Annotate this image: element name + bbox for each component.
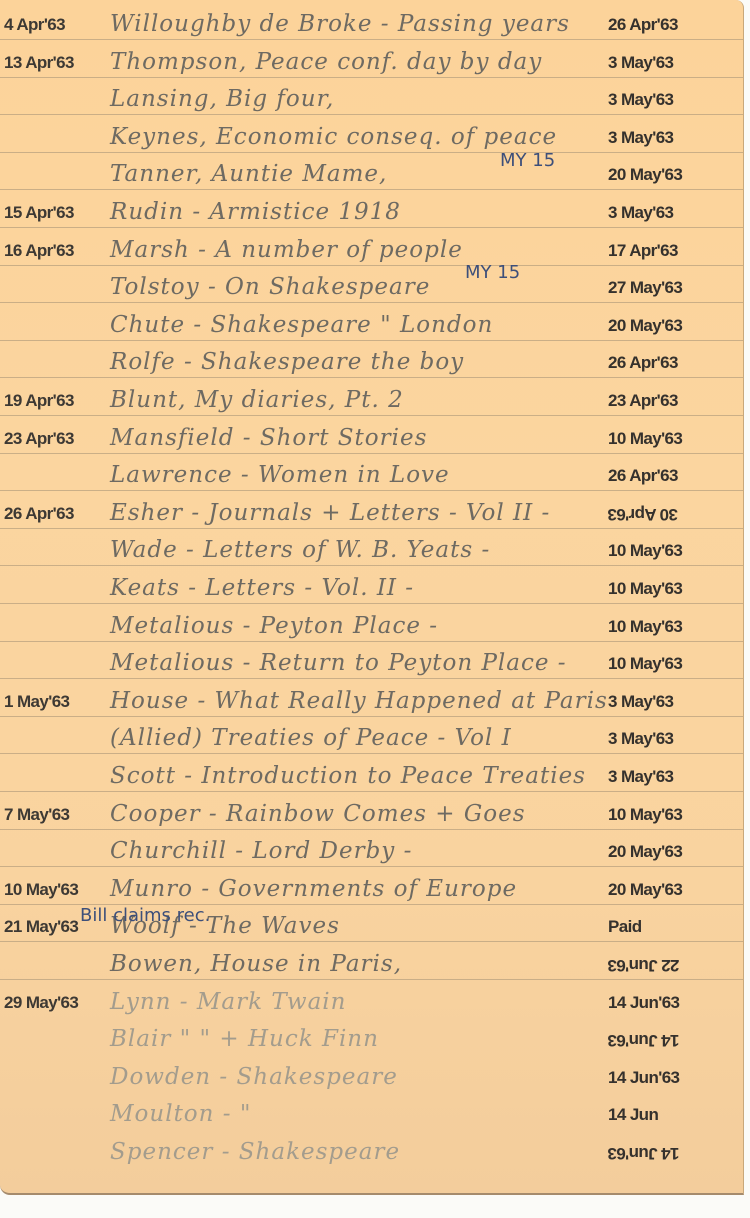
handwritten-entry: Keynes, Economic conseq. of peace — [110, 124, 557, 150]
handwritten-entry: Scott - Introduction to Peace Treaties — [110, 763, 586, 789]
date-stamp-out: 14 Jun'63 — [608, 1143, 679, 1163]
date-stamp-out: 30 Apr'63 — [608, 504, 678, 524]
date-stamp-out: 17 Apr'63 — [608, 241, 678, 261]
date-stamp-in: 4 Apr'63 — [4, 15, 65, 35]
date-stamp-out: 14 Jun'63 — [608, 1068, 679, 1088]
date-stamp-out: 20 May'63 — [608, 165, 682, 185]
date-stamp-out: 27 May'63 — [608, 278, 682, 298]
handwritten-entry: Lynn - Mark Twain — [110, 989, 346, 1015]
date-stamp-in: 16 Apr'63 — [4, 241, 74, 261]
date-stamp-out: 22 Jun'63 — [608, 955, 679, 975]
handwritten-entry: (Allied) Treaties of Peace - Vol I — [110, 725, 512, 751]
record-row: Bowen, House in Paris,22 Jun'63 — [0, 942, 744, 979]
date-stamp-out: 10 May'63 — [608, 805, 682, 825]
record-row: Keynes, Economic conseq. of peace3 May'6… — [0, 115, 744, 152]
handwritten-entry: Thompson, Peace conf. day by day — [110, 49, 542, 75]
handwritten-entry: Mansfield - Short Stories — [110, 425, 427, 451]
record-row: Rolfe - Shakespeare the boy26 Apr'63 — [0, 340, 744, 377]
handwritten-entry: Churchill - Lord Derby - — [110, 838, 412, 864]
record-row: 1 May'63House - What Really Happened at … — [0, 679, 744, 716]
date-stamp-out: 20 May'63 — [608, 316, 682, 336]
record-row: Spencer - Shakespeare14 Jun'63 — [0, 1130, 744, 1167]
record-row: 26 Apr'63Esher - Journals + Letters - Vo… — [0, 491, 744, 528]
handwritten-entry: Tolstoy - On Shakespeare — [110, 274, 430, 300]
record-row: Churchill - Lord Derby -20 May'63 — [0, 829, 744, 866]
handwritten-entry: House - What Really Happened at Paris — [110, 688, 608, 714]
record-row: Wade - Letters of W. B. Yeats -10 May'63 — [0, 528, 744, 565]
date-stamp-in: 23 Apr'63 — [4, 429, 74, 449]
handwritten-entry: Spencer - Shakespeare — [110, 1139, 400, 1165]
date-stamp-out: 10 May'63 — [608, 579, 682, 599]
record-row: 7 May'63Cooper - Rainbow Comes + Goes10 … — [0, 792, 744, 829]
handwritten-entry: Blunt, My diaries, Pt. 2 — [110, 387, 404, 413]
handwritten-entry: Munro - Governments of Europe — [110, 876, 517, 902]
record-row: Chute - Shakespeare " London20 May'63 — [0, 303, 744, 340]
date-stamp-out: 3 May'63 — [608, 128, 673, 148]
handwritten-entry: Esher - Journals + Letters - Vol II - — [110, 500, 550, 526]
record-row: Lawrence - Women in Love26 Apr'63 — [0, 453, 744, 490]
record-row: Tanner, Auntie Mame,20 May'63 — [0, 152, 744, 189]
record-row: Tolstoy - On Shakespeare27 May'63 — [0, 265, 744, 302]
handwritten-entry: Lansing, Big four, — [110, 86, 334, 112]
record-row: Moulton - "14 Jun — [0, 1092, 744, 1129]
date-stamp-out: 26 Apr'63 — [608, 466, 678, 486]
date-stamp-out: 10 May'63 — [608, 429, 682, 449]
record-row: Keats - Letters - Vol. II -10 May'63 — [0, 566, 744, 603]
record-row: 13 Apr'63Thompson, Peace conf. day by da… — [0, 40, 744, 77]
ink-annotation: MY 15 — [500, 150, 555, 171]
record-row: Metalious - Return to Peyton Place -10 M… — [0, 641, 744, 678]
record-row: (Allied) Treaties of Peace - Vol I3 May'… — [0, 716, 744, 753]
date-stamp-out: 26 Apr'63 — [608, 353, 678, 373]
date-stamp-in: 19 Apr'63 — [4, 391, 74, 411]
date-stamp-in: 15 Apr'63 — [4, 203, 74, 223]
record-row: 16 Apr'63Marsh - A number of people17 Ap… — [0, 228, 744, 265]
date-stamp-out: 10 May'63 — [608, 617, 682, 637]
record-row: Dowden - Shakespeare14 Jun'63 — [0, 1055, 744, 1092]
date-stamp-out: 3 May'63 — [608, 692, 673, 712]
date-stamp-out: 3 May'63 — [608, 729, 673, 749]
date-stamp-in: 7 May'63 — [4, 805, 69, 825]
date-stamp-out: 3 May'63 — [608, 53, 673, 73]
record-row: 4 Apr'63Willoughby de Broke - Passing ye… — [0, 2, 744, 39]
handwritten-entry: Tanner, Auntie Mame, — [110, 161, 387, 187]
handwritten-entry: Bowen, House in Paris, — [110, 951, 402, 977]
record-row: Lansing, Big four,3 May'63 — [0, 77, 744, 114]
handwritten-entry: Lawrence - Women in Love — [110, 462, 450, 488]
date-stamp-out: 3 May'63 — [608, 90, 673, 110]
date-stamp-in: 13 Apr'63 — [4, 53, 74, 73]
handwritten-entry: Marsh - A number of people — [110, 237, 463, 263]
date-stamp-out: 10 May'63 — [608, 541, 682, 561]
handwritten-entry: Metalious - Return to Peyton Place - — [110, 650, 567, 676]
date-stamp-in: 10 May'63 — [4, 880, 78, 900]
date-stamp-in: 29 May'63 — [4, 993, 78, 1013]
record-row: Scott - Introduction to Peace Treaties3 … — [0, 754, 744, 791]
handwritten-entry: Chute - Shakespeare " London — [110, 312, 493, 338]
handwritten-entry: Rudin - Armistice 1918 — [110, 199, 401, 225]
handwritten-entry: Metalious - Peyton Place - — [110, 613, 438, 639]
ink-annotation: Bill claims rec. — [80, 905, 210, 926]
handwritten-entry: Keats - Letters - Vol. II - — [110, 575, 414, 601]
record-row: 10 May'63Munro - Governments of Europe20… — [0, 867, 744, 904]
date-stamp-out: 20 May'63 — [608, 880, 682, 900]
record-row: 29 May'63Lynn - Mark Twain14 Jun'63 — [0, 980, 744, 1017]
handwritten-entry: Moulton - " — [110, 1101, 251, 1127]
date-stamp-out: 26 Apr'63 — [608, 15, 678, 35]
record-row: 23 Apr'63Mansfield - Short Stories10 May… — [0, 416, 744, 453]
handwritten-entry: Blair " " + Huck Finn — [110, 1026, 379, 1052]
date-stamp-out: 14 Jun'63 — [608, 1030, 679, 1050]
ink-annotation: MY 15 — [465, 262, 520, 283]
date-stamp-out: 3 May'63 — [608, 203, 673, 223]
handwritten-entry: Dowden - Shakespeare — [110, 1064, 398, 1090]
date-stamp-out: 23 Apr'63 — [608, 391, 678, 411]
date-stamp-in: 21 May'63 — [4, 917, 78, 937]
handwritten-entry: Wade - Letters of W. B. Yeats - — [110, 537, 490, 563]
date-stamp-out: Paid — [608, 917, 642, 937]
record-row: Metalious - Peyton Place -10 May'63 — [0, 604, 744, 641]
date-stamp-out: 20 May'63 — [608, 842, 682, 862]
record-row: Blair " " + Huck Finn14 Jun'63 — [0, 1017, 744, 1054]
record-row: 19 Apr'63Blunt, My diaries, Pt. 223 Apr'… — [0, 378, 744, 415]
record-row: 15 Apr'63Rudin - Armistice 19183 May'63 — [0, 190, 744, 227]
date-stamp-in: 26 Apr'63 — [4, 504, 74, 524]
date-stamp-out: 10 May'63 — [608, 654, 682, 674]
date-stamp-out: 14 Jun'63 — [608, 993, 679, 1013]
date-stamp-in: 1 May'63 — [4, 692, 69, 712]
handwritten-entry: Cooper - Rainbow Comes + Goes — [110, 801, 526, 827]
date-stamp-out: 3 May'63 — [608, 767, 673, 787]
library-record-card: 4 Apr'63Willoughby de Broke - Passing ye… — [0, 0, 744, 1195]
handwritten-entry: Willoughby de Broke - Passing years — [110, 11, 570, 37]
date-stamp-out: 14 Jun — [608, 1105, 658, 1125]
handwritten-entry: Rolfe - Shakespeare the boy — [110, 349, 464, 375]
